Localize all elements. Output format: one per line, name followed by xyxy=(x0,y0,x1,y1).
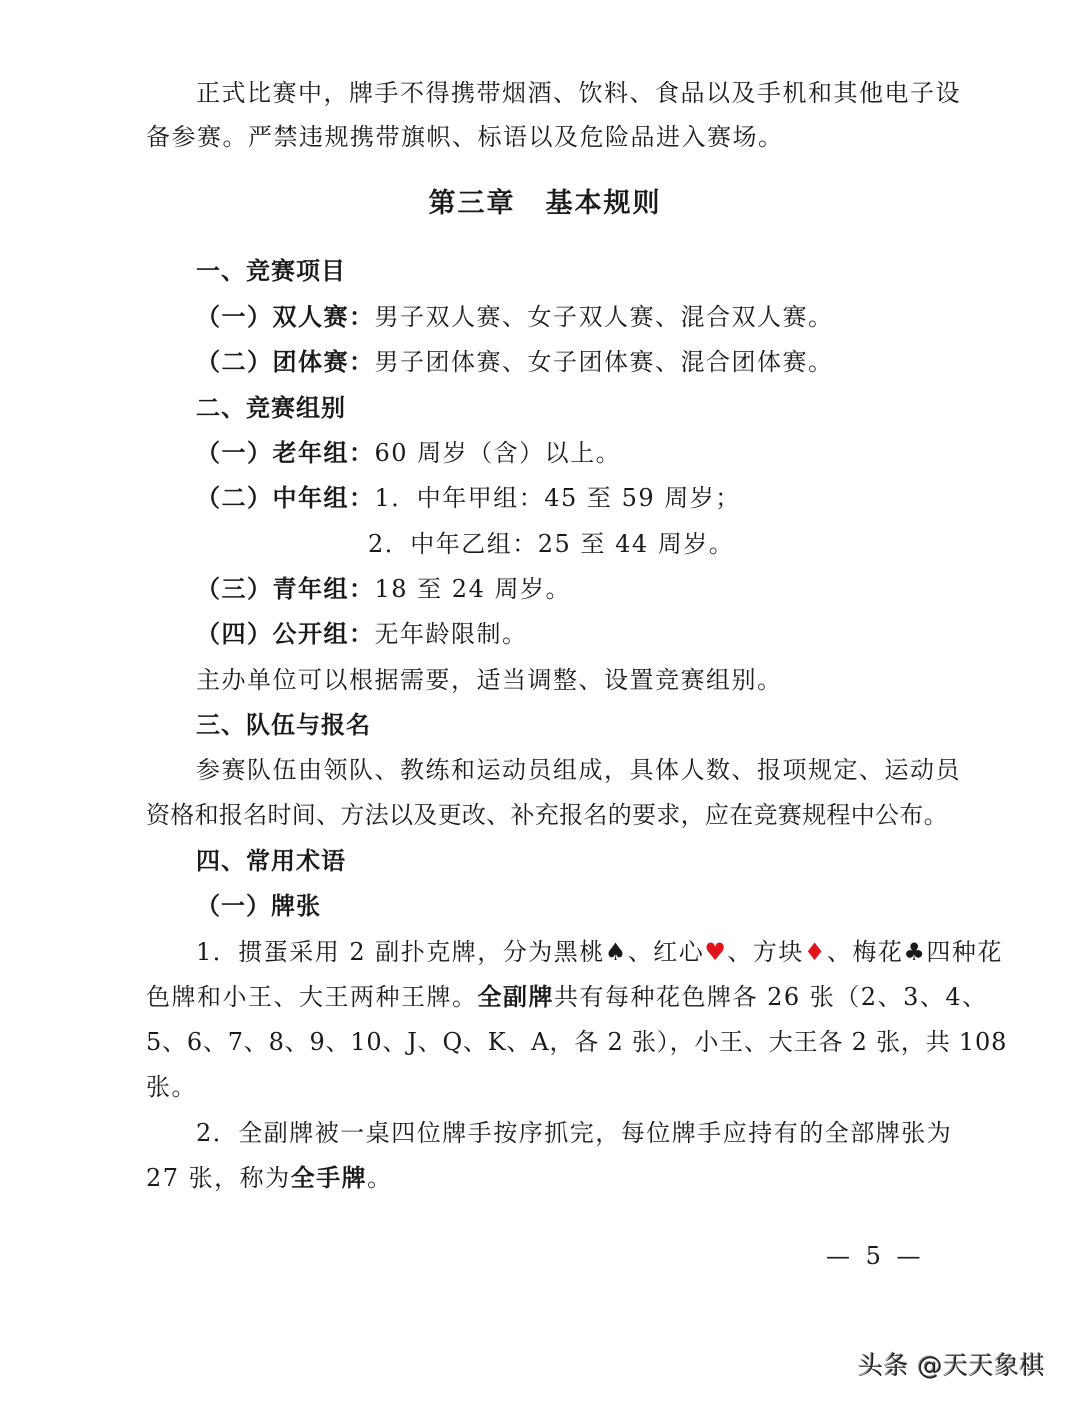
section-2-item-2: （二）中年组：1．中年甲组：45 至 59 周岁； xyxy=(196,483,741,513)
section-2-item-2-sub: 2．中年乙组：25 至 44 周岁。 xyxy=(368,529,734,559)
chapter-title: 第三章基本规则 xyxy=(0,187,1080,221)
section-4-subheading: （一）牌张 xyxy=(196,891,321,921)
heart-icon: ♥ xyxy=(704,938,727,966)
club-icon: ♣ xyxy=(903,938,926,966)
text: 、梅花 xyxy=(827,938,904,966)
spade-icon: ♠ xyxy=(605,938,628,966)
watermark: 头条 @天天象棋 xyxy=(858,1350,1045,1382)
section-2-note: 主办单位可以根据需要，适当调整、设置竞赛组别。 xyxy=(196,665,783,695)
item-text: 男子团体赛、女子团体赛、混合团体赛。 xyxy=(375,348,834,376)
item-text: 18 至 24 周岁。 xyxy=(375,575,571,603)
text: 27 张，称为 xyxy=(146,1164,291,1192)
text: 共有每种花色牌各 26 张（2、3、4、 xyxy=(554,983,988,1011)
section-1-item-2: （二）团体赛：男子团体赛、女子团体赛、混合团体赛。 xyxy=(196,347,834,377)
item-label: （二）中年组： xyxy=(196,484,375,512)
page-number: — 5 — xyxy=(826,1241,925,1271)
item-label: （一）双人赛： xyxy=(196,303,375,331)
cards-para-1-line-4: 张。 xyxy=(146,1072,197,1102)
text: 1．掼蛋采用 2 副扑克牌，分为黑桃 xyxy=(196,938,605,966)
intro-line-2: 备参赛。严禁违规携带旗帜、标语以及危险品进入赛场。 xyxy=(146,122,784,152)
section-1-item-1: （一）双人赛：男子双人赛、女子双人赛、混合双人赛。 xyxy=(196,302,834,332)
section-1-heading: 一、竞赛项目 xyxy=(196,256,346,286)
text: 。 xyxy=(367,1164,393,1192)
item-text: 1．中年甲组：45 至 59 周岁； xyxy=(375,484,741,512)
item-label: （一）老年组： xyxy=(196,439,375,467)
section-2-item-1: （一）老年组：60 周岁（含）以上。 xyxy=(196,438,621,468)
cards-para-1-line-3: 5、6、7、8、9、10、J、Q、K、A，各 2 张），小王、大王各 2 张，共… xyxy=(146,1027,1007,1057)
text: 色牌和小王、大王两种王牌。 xyxy=(146,983,478,1011)
intro-line-1: 正式比赛中，牌手不得携带烟酒、饮料、食品以及手机和其他电子设 xyxy=(196,78,961,108)
cards-para-1-line-2: 色牌和小王、大王两种王牌。全副牌共有每种花色牌各 26 张（2、3、4、 xyxy=(146,982,988,1012)
term-full-hand: 全手牌 xyxy=(291,1164,368,1192)
text: 、红心 xyxy=(628,938,705,966)
section-4-heading: 四、常用术语 xyxy=(196,846,346,876)
term-full-deck: 全副牌 xyxy=(478,983,555,1011)
cards-para-1-line-1: 1．掼蛋采用 2 副扑克牌，分为黑桃♠、红心♥、方块♦、梅花♣四种花 xyxy=(196,937,1003,967)
section-3-line-1: 参赛队伍由领队、教练和运动员组成，具体人数、报项规定、运动员 xyxy=(196,755,961,785)
item-text: 男子双人赛、女子双人赛、混合双人赛。 xyxy=(375,303,834,331)
chapter-number: 第三章 xyxy=(429,188,516,219)
item-label: （四）公开组： xyxy=(196,620,375,648)
item-text: 60 周岁（含）以上。 xyxy=(375,439,622,467)
item-label: （二）团体赛： xyxy=(196,348,375,376)
chapter-name: 基本规则 xyxy=(546,188,662,219)
cards-para-2-line-1: 2．全副牌被一桌四位牌手按序抓完，每位牌手应持有的全部牌张为 xyxy=(196,1118,952,1148)
section-3-heading: 三、队伍与报名 xyxy=(196,710,371,740)
section-2-item-3: （三）青年组：18 至 24 周岁。 xyxy=(196,574,571,604)
section-3-line-2: 资格和报名时间、方法以及更改、补充报名的要求，应在竞赛规程中公布。 xyxy=(146,800,948,830)
text: 四种花 xyxy=(926,938,1003,966)
item-text: 无年龄限制。 xyxy=(375,620,528,648)
text: 、方块 xyxy=(727,938,804,966)
cards-para-2-line-2: 27 张，称为全手牌。 xyxy=(146,1163,393,1193)
diamond-icon: ♦ xyxy=(804,938,827,966)
section-2-heading: 二、竞赛组别 xyxy=(196,393,346,423)
item-label: （三）青年组： xyxy=(196,575,375,603)
section-2-item-4: （四）公开组：无年龄限制。 xyxy=(196,619,528,649)
